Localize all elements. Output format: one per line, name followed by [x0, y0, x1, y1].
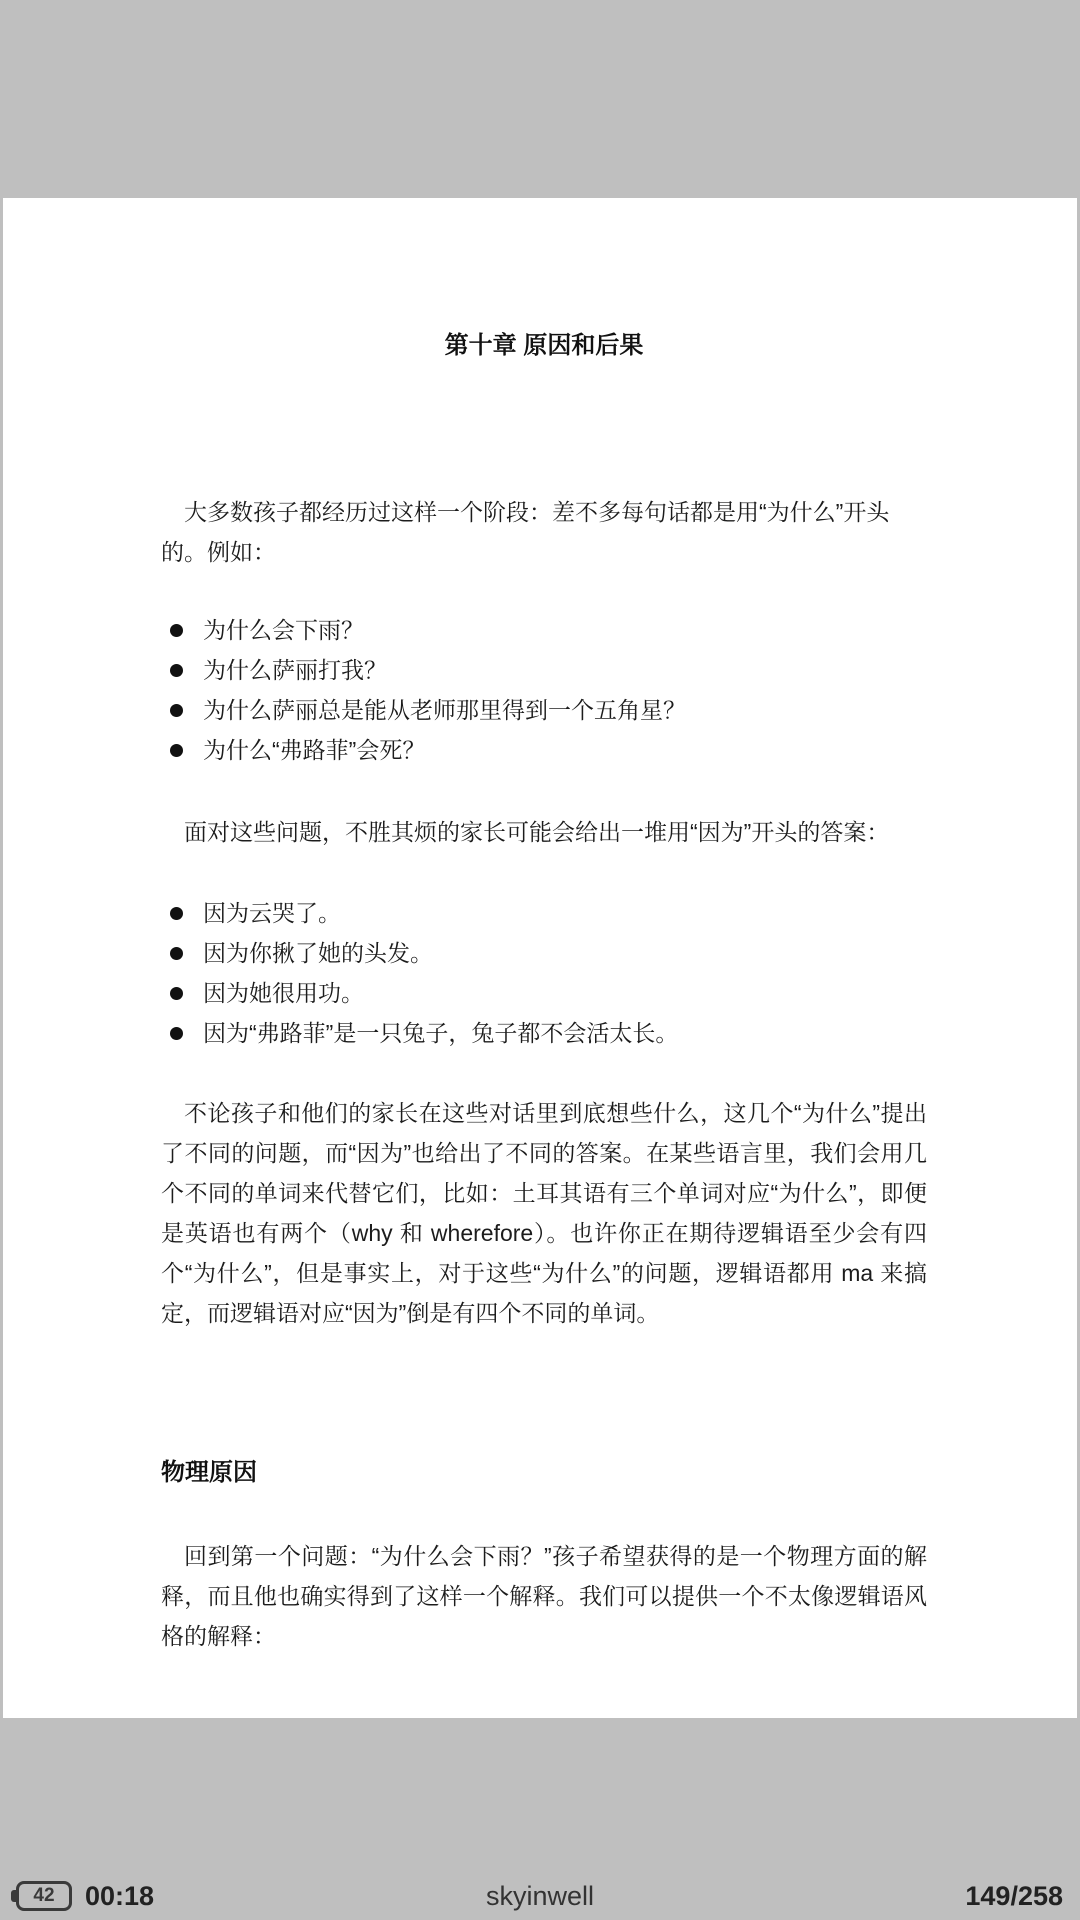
battery-percent: 42 — [33, 1885, 54, 1907]
bullet-icon — [170, 947, 183, 960]
section-heading: 物理原因 — [161, 1453, 927, 1493]
bullet-icon — [170, 744, 183, 757]
list-item-text: 因为“弗路菲”是一只兔子，兔子都不会活太长。 — [203, 1020, 678, 1046]
bullet-icon — [170, 624, 183, 637]
paragraph-intro: 大多数孩子都经历过这样一个阶段：差不多每句话都是用“为什么”开头的。例如： — [161, 492, 927, 572]
list-item: 为什么萨丽总是能从老师那里得到一个五角星？ — [161, 690, 927, 730]
list-item: 为什么萨丽打我？ — [161, 650, 927, 690]
list-item: 因为云哭了。 — [161, 893, 927, 933]
battery-icon: 42 — [16, 1881, 72, 1911]
book-title-label: skyinwell — [486, 1881, 594, 1912]
bullet-icon — [170, 704, 183, 717]
bullet-icon — [170, 1027, 183, 1040]
list-item-text: 因为云哭了。 — [203, 900, 341, 926]
paragraph-discussion: 不论孩子和他们的家长在这些对话里到底想些什么，这几个“为什么”提出了不同的问题，… — [161, 1093, 927, 1333]
page-content: 第十章 原因和后果 大多数孩子都经历过这样一个阶段：差不多每句话都是用“为什么”… — [3, 198, 1077, 1656]
list-item: 因为她很用功。 — [161, 973, 927, 1013]
reader-screen: 第十章 原因和后果 大多数孩子都经历过这样一个阶段：差不多每句话都是用“为什么”… — [0, 0, 1080, 1920]
bullet-icon — [170, 907, 183, 920]
reader-status-bar: 42 00:18 skyinwell 149/258 — [0, 1872, 1080, 1920]
clock-time: 00:18 — [85, 1881, 154, 1912]
list-item-text: 因为你揪了她的头发。 — [203, 940, 433, 966]
list-item: 因为你揪了她的头发。 — [161, 933, 927, 973]
bullet-icon — [170, 664, 183, 677]
page-indicator: 149/258 — [965, 1872, 1063, 1920]
paragraph-answers-intro: 面对这些问题，不胜其烦的家长可能会给出一堆用“因为”开头的答案： — [161, 812, 927, 852]
list-item: 为什么会下雨？ — [161, 610, 927, 650]
list-item-text: 因为她很用功。 — [203, 980, 364, 1006]
bullet-icon — [170, 987, 183, 1000]
list-item-text: 为什么“弗路菲”会死？ — [203, 737, 425, 763]
book-page-surface[interactable]: 第十章 原因和后果 大多数孩子都经历过这样一个阶段：差不多每句话都是用“为什么”… — [3, 198, 1077, 1718]
list-item: 因为“弗路菲”是一只兔子，兔子都不会活太长。 — [161, 1013, 927, 1053]
chapter-title: 第十章 原因和后果 — [161, 198, 927, 366]
list-item: 为什么“弗路菲”会死？ — [161, 730, 927, 770]
list-item-text: 为什么萨丽总是能从老师那里得到一个五角星？ — [203, 697, 686, 723]
because-answer-list: 因为云哭了。 因为你揪了她的头发。 因为她很用功。 因为“弗路菲”是一只兔子，兔… — [161, 893, 927, 1053]
status-left-group: 42 00:18 — [16, 1872, 154, 1920]
paragraph-physical-cause: 回到第一个问题：“为什么会下雨？”孩子希望获得的是一个物理方面的解释，而且他也确… — [161, 1536, 927, 1656]
list-item-text: 为什么会下雨？ — [203, 617, 364, 643]
why-question-list: 为什么会下雨？ 为什么萨丽打我？ 为什么萨丽总是能从老师那里得到一个五角星？ 为… — [161, 610, 927, 770]
list-item-text: 为什么萨丽打我？ — [203, 657, 387, 683]
